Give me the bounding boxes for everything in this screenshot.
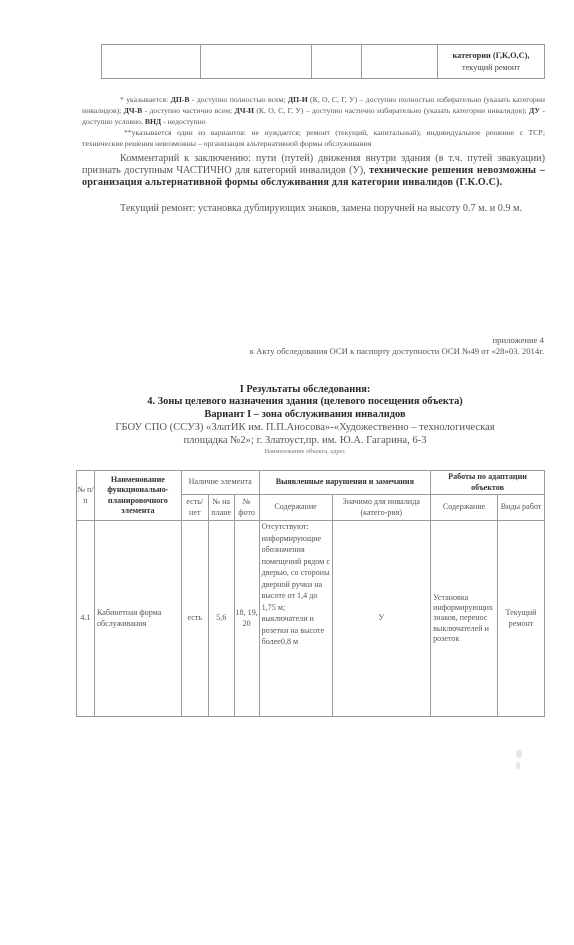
empty-cell	[362, 45, 438, 79]
variant-title: Вариант I – зона обслуживания инвалидов	[204, 409, 405, 420]
row-num: 4.1	[77, 521, 95, 717]
header-element-name: Наименование функционально-планировочног…	[94, 471, 181, 521]
header-presence: Наличие элемента	[181, 471, 259, 495]
scan-mark	[516, 762, 520, 769]
row-element-name: Кабинетная форма обслуживания	[94, 521, 181, 717]
header-exists: есть/ нет	[181, 495, 208, 521]
appendix-number: приложение 4	[250, 335, 544, 346]
empty-cell	[312, 45, 362, 79]
appendix-act-reference: к Акту обследования ОСИ к паспорту досту…	[250, 346, 544, 357]
row-work-types: Текущий ремонт	[498, 521, 545, 717]
organization-name: ГБОУ СПО (ССУЗ) «ЗлатИК им. П.П.Аносова»…	[60, 421, 550, 434]
previous-table-fragment: категории (Г,К,О,С), текущий ремонт	[101, 44, 545, 79]
current-repair-comment: Текущий ремонт: установка дублирующих зн…	[82, 203, 545, 215]
zones-title: 4. Зоны целевого назначения здания (целе…	[147, 396, 463, 407]
header-significant-for: Значимо для инвалида (катего-рия)	[332, 495, 431, 521]
table-row: 4.1 Кабинетная форма обслуживания есть 5…	[77, 521, 545, 717]
header-plan-no: № на плане	[208, 495, 234, 521]
scan-mark	[516, 750, 522, 758]
row-violation-content: Отсутствуют: информирующие обозначения п…	[259, 521, 332, 717]
repair-line-2: текущий ремонт	[438, 62, 544, 74]
row-significant-for: У	[332, 521, 431, 717]
header-violations: Выявленные нарушения и замечания	[259, 471, 430, 495]
object-caption: Наименование объекта, адрес	[60, 447, 550, 456]
header-work-content: Содержание	[431, 495, 498, 521]
header-violation-content: Содержание	[259, 495, 332, 521]
row-exists: есть	[181, 521, 208, 717]
section-heading: I Результаты обследования: 4. Зоны целев…	[60, 384, 550, 456]
row-photo-no: 18, 19, 20	[234, 521, 259, 717]
empty-cell	[102, 45, 201, 79]
header-work-types: Виды работ	[498, 495, 545, 521]
conclusion-comment: Комментарий к заключению: пути (путей) д…	[82, 153, 545, 190]
appendix-reference: приложение 4 к Акту обследования ОСИ к п…	[250, 335, 544, 357]
footnote-repair-options: **указывается один из вариантов: не нужд…	[82, 128, 545, 150]
zones-table: № п/п Наименование функционально-планиро…	[76, 470, 545, 717]
empty-cell	[201, 45, 312, 79]
header-works: Работы по адаптации объектов	[431, 471, 545, 495]
row-work-content: Установка информирующих знаков, перенос …	[431, 521, 498, 717]
results-title: I Результаты обследования:	[240, 384, 371, 395]
header-num: № п/п	[77, 471, 95, 521]
repair-type-cell: категории (Г,К,О,С), текущий ремонт	[438, 45, 545, 79]
footnote-accessibility-legend: * указывается: ДП-В - доступно полностью…	[82, 95, 545, 127]
organization-address: площадка №2»; г. Златоуст,пр. им. Ю.А. Г…	[60, 434, 550, 447]
header-photo-no: № фото	[234, 495, 259, 521]
row-plan-no: 5,6	[208, 521, 234, 717]
repair-line-1: категории (Г,К,О,С),	[438, 50, 544, 62]
